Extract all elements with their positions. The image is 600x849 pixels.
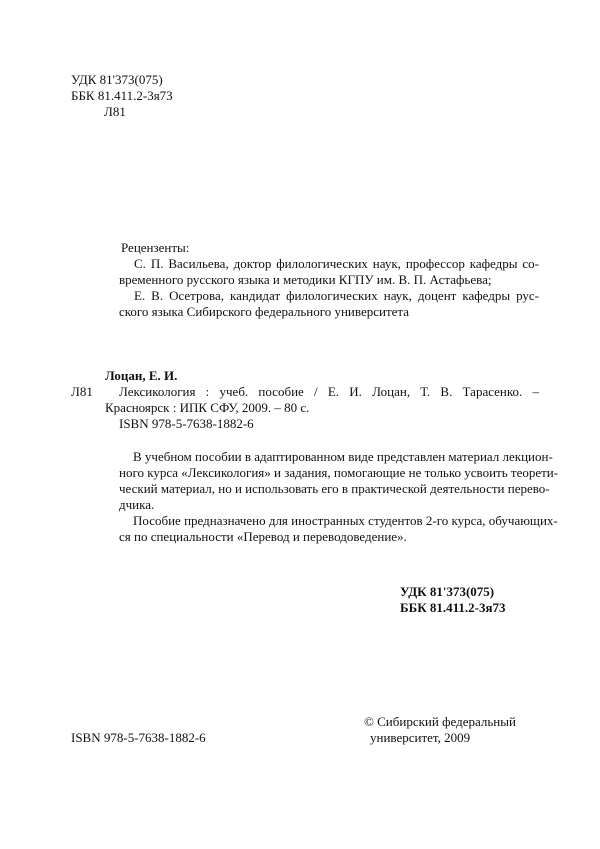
- annotation-line: Пособие предназначено для иностранных ст…: [119, 513, 539, 529]
- catalog-title-line: Лексикология : учеб. пособие / Е. И. Лоц…: [119, 384, 539, 400]
- annotation-line: дчика.: [119, 497, 539, 513]
- bbk-code-bottom: ББК 81.411.2-3я73: [400, 600, 506, 616]
- reviewers-title: Рецензенты:: [121, 240, 539, 256]
- annotation-line: ся по специальности «Перевод и переводов…: [119, 529, 539, 545]
- udk-code-bottom: УДК 81'373(075): [400, 584, 494, 600]
- copyright-line-1: © Сибирский федеральный: [364, 714, 516, 730]
- udk-code-top: УДК 81'373(075): [71, 72, 163, 88]
- bbk-code-top: ББК 81.411.2-3я73: [71, 88, 173, 104]
- footer-isbn: ISBN 978-5-7638-1882-6: [71, 730, 206, 746]
- author-mark-top: Л81: [104, 104, 126, 120]
- annotation-line: В учебном пособии в адаптированном виде …: [119, 449, 539, 465]
- reviewer-line: временного русского языка и методики КГП…: [119, 272, 539, 288]
- catalog-publication-line: Красноярск : ИПК СФУ, 2009. – 80 с.: [105, 400, 309, 416]
- catalog-mark: Л81: [71, 384, 93, 400]
- reviewers-block: Рецензенты: С. П. Васильева, доктор фило…: [119, 240, 539, 320]
- annotation-block: В учебном пособии в адаптированном виде …: [119, 449, 539, 545]
- annotation-line: ческий материал, но и использовать его в…: [119, 481, 539, 497]
- reviewer-line: Е. В. Осетрова, кандидат филологических …: [119, 288, 539, 304]
- reviewer-line: ского языка Сибирского федерального унив…: [119, 304, 539, 320]
- copyright-line-2: университет, 2009: [370, 730, 470, 746]
- catalog-isbn: ISBN 978-5-7638-1882-6: [119, 416, 254, 432]
- catalog-author: Лоцан, Е. И.: [105, 368, 177, 384]
- annotation-line: ного курса «Лексикология» и задания, пом…: [119, 465, 539, 481]
- reviewer-line: С. П. Васильева, доктор филологических н…: [119, 256, 539, 272]
